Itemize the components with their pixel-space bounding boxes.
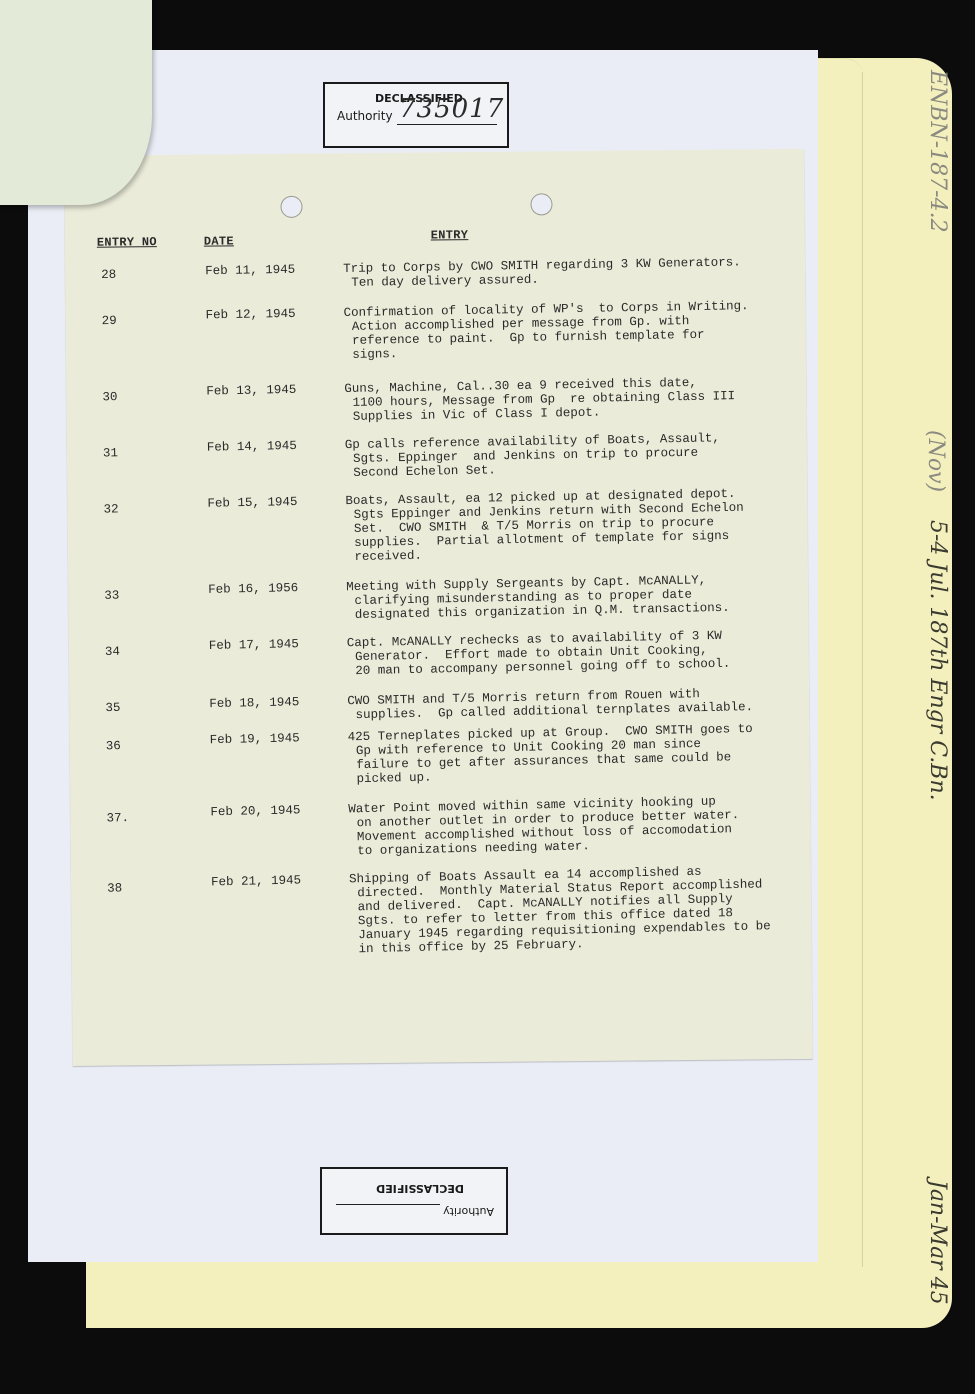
entry-text: Capt. McANALLY rechecks as to availabili… bbox=[347, 629, 731, 679]
folder-label-3: 5-4 Jul. 187th Engr C.Bn. bbox=[925, 520, 950, 801]
entry-row: 30Feb 13, 1945Guns, Machine, Cal..30 ea … bbox=[66, 374, 806, 387]
entry-date: Feb 11, 1945 bbox=[205, 263, 295, 278]
entry-date: Feb 12, 1945 bbox=[205, 307, 295, 323]
entry-date: Feb 21, 1945 bbox=[211, 873, 301, 889]
entry-date: Feb 18, 1945 bbox=[209, 695, 299, 711]
stamp-title: DECLASSIFIED bbox=[376, 1182, 464, 1195]
entry-number: 34 bbox=[105, 645, 120, 659]
entry-row: 32Feb 15, 1945Boats, Assault, ea 12 pick… bbox=[67, 486, 807, 500]
entry-text: Shipping of Boats Assault ea 14 accompli… bbox=[349, 863, 771, 956]
entry-number: 35 bbox=[105, 701, 120, 715]
header-entry-no: ENTRY NO bbox=[97, 235, 157, 250]
entry-row: 31Feb 14, 1945Gp calls reference availab… bbox=[67, 430, 807, 443]
entry-row: 29Feb 12, 1945Confirmation of locality o… bbox=[65, 298, 805, 311]
entry-date: Feb 15, 1945 bbox=[207, 495, 297, 511]
header-entry: ENTRY bbox=[431, 228, 469, 242]
entry-date: Feb 16, 1956 bbox=[208, 581, 298, 597]
entry-text: Gp calls reference availability of Boats… bbox=[345, 431, 721, 480]
stamp-authority-label: Authority bbox=[443, 1205, 494, 1218]
entry-date: Feb 13, 1945 bbox=[206, 383, 296, 399]
header-date: DATE bbox=[204, 234, 234, 248]
entry-number: 31 bbox=[103, 446, 118, 460]
entry-date: Feb 20, 1945 bbox=[210, 803, 300, 819]
punch-hole bbox=[280, 196, 302, 218]
declassified-stamp-bottom: DECLASSIFIED Authority bbox=[320, 1167, 508, 1235]
entry-row: 38Feb 21, 1945Shipping of Boats Assault … bbox=[71, 862, 811, 878]
folder-crease bbox=[862, 72, 863, 1267]
entry-date: Feb 14, 1945 bbox=[207, 439, 297, 455]
entry-text: Guns, Machine, Cal..30 ea 9 received thi… bbox=[344, 375, 735, 424]
stamp-signature-line bbox=[397, 124, 497, 125]
folder-label-2: (Nov) bbox=[923, 430, 948, 492]
entry-row: 35Feb 18, 1945CWO SMITH and T/5 Morris r… bbox=[69, 685, 809, 700]
curled-page-corner bbox=[0, 0, 152, 205]
folder-label-4: Jan-Mar 45 bbox=[925, 1180, 950, 1305]
punch-hole bbox=[530, 193, 552, 215]
entry-text: Confirmation of locality of WP's to Corp… bbox=[343, 299, 749, 362]
entry-text: Water Point moved within same vicinity h… bbox=[348, 794, 740, 858]
entry-date: Feb 19, 1945 bbox=[210, 731, 300, 747]
folder-label-1: ENBN-187-4.2 bbox=[925, 70, 950, 233]
stamp-signature-line bbox=[336, 1204, 440, 1205]
stamp-authority-label: Authority bbox=[337, 109, 393, 123]
entry-date: Feb 17, 1945 bbox=[209, 637, 299, 653]
entry-number: 32 bbox=[103, 502, 118, 516]
entry-text: CWO SMITH and T/5 Morris return from Rou… bbox=[347, 686, 753, 722]
entry-row: 33Feb 16, 1956Meeting with Supply Sergea… bbox=[68, 571, 808, 585]
entry-number: 37. bbox=[106, 811, 129, 825]
stamp-authority-number: 735017 bbox=[399, 94, 504, 124]
entry-row: 28Feb 11, 1945Trip to Corps by CWO SMITH… bbox=[65, 254, 805, 266]
entry-number: 36 bbox=[106, 739, 121, 753]
entry-row: 37.Feb 20, 1945Water Point moved within … bbox=[70, 793, 810, 809]
entry-number: 28 bbox=[101, 268, 116, 282]
entry-row: 34Feb 17, 1945Capt. McANALLY rechecks as… bbox=[69, 627, 809, 642]
entry-row: 36Feb 19, 1945425 Terneplates picked up … bbox=[70, 721, 810, 736]
entry-number: 30 bbox=[102, 390, 117, 404]
typed-document: ENTRY NO DATE ENTRY 28Feb 11, 1945Trip t… bbox=[64, 149, 813, 1066]
entry-text: Trip to Corps by CWO SMITH regarding 3 K… bbox=[343, 255, 741, 290]
entry-number: 33 bbox=[104, 589, 119, 603]
entry-text: Meeting with Supply Sergeants by Capt. M… bbox=[346, 573, 730, 622]
entry-text: 425 Terneplates picked up at Group. CWO … bbox=[348, 722, 754, 786]
entry-number: 29 bbox=[102, 314, 117, 328]
entry-text: Boats, Assault, ea 12 picked up at desig… bbox=[345, 487, 744, 564]
entry-number: 38 bbox=[107, 881, 122, 895]
declassified-stamp-top: DECLASSIFIED Authority 735017 bbox=[323, 82, 509, 148]
